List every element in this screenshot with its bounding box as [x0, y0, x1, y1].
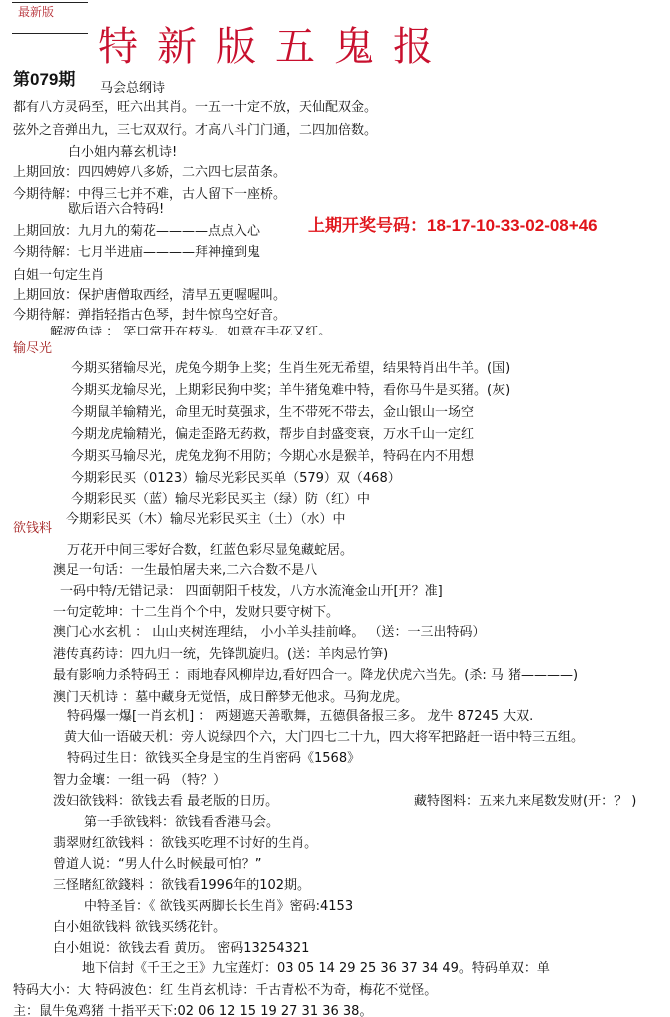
- baijie-current: 今期待解：弹指轻指古色琴，封牛惊鸟空好音。: [13, 309, 286, 322]
- lose-line: 今期彩民买（木）输尽光彩民买主（土）（水）中: [66, 513, 346, 526]
- lose-line: 今期龙虎输精光，偏走歪路无药救，帮步自封盛变衰，万水千山一定红: [71, 428, 474, 441]
- bai-poem-heading: 白小姐内幕玄机诗!: [68, 146, 177, 159]
- money-line: 泼妇欲钱料：欲钱去看 最老版的日历。: [53, 795, 278, 808]
- money-line: 中特圣旨：《 欲钱买两脚长长生肖》密码:4153: [84, 900, 353, 913]
- last-result-numbers: 18-17-10-33-02-08+46: [427, 216, 598, 235]
- money-line: 地下信封《千王之王》九宝莲灯：03 05 14 29 25 36 37 34 4…: [82, 962, 550, 975]
- edition-label: 最新版: [18, 6, 54, 18]
- money-line: 白小姐说：欲钱去看 黄历。 密码13254321: [53, 942, 309, 955]
- money-line: 黄大仙一语破天机：旁人说绿四个六，大门四七二十九，四大将军把路赶一语中特三五组。: [64, 731, 584, 744]
- lose-line: 今期买猪输尽光，虎兔今期争上奖；生肖生死无希望，结果特肖出牛羊。(国): [71, 362, 510, 375]
- money-line: 白小姐欲钱料 欲钱买绣花针。: [53, 921, 226, 934]
- money-line: 澳足一句话：一生最怕屠夫来,二六合数不是八: [53, 564, 317, 577]
- lose-line: 今期买马输尽光，虎兔龙狗不用防；今期心水是猴羊，特码在内不用想: [71, 450, 474, 463]
- money-section-heading: 欲钱料: [13, 522, 52, 535]
- bai-poem-last: 上期回放：四四娉婷八多娇，二六四七层苗条。: [13, 166, 286, 179]
- money-line: 特码大小：大 特码波色：红 生肖玄机诗：千古青松不为奇，梅花不觉怪。: [13, 984, 437, 997]
- money-line: 最有影响力杀特码王 ：雨地春风柳岸边,看好四合一。降龙伏虎六当先。(杀: 马 猪…: [53, 669, 578, 682]
- xiehouyu-last: 上期回放：九月九的菊花————点点入心: [13, 225, 260, 238]
- page-title: 特新版五鬼报: [98, 27, 452, 67]
- poem-line: 弦外之音弹出九，三七双双行。才高八斗门门通，二四加倍数。: [13, 124, 377, 137]
- money-line: 一码中特/无错记录： 四面朝阳千枝发，八方水流淹金山开[开？准]: [60, 585, 443, 598]
- baijie-last: 上期回放：保护唐僧取西经，清早五更喔喔叫。: [13, 289, 286, 302]
- bai-poem-current: 今期待解：中得三七并不难，古人留下一座桥。: [13, 188, 286, 201]
- lose-line: 今期彩民买（0123）输尽光彩民买单（579）双（468）: [71, 472, 401, 485]
- money-line: 特码爆一爆[一肖玄机] ： 两翅遮天善歌舞，五德俱备报三多。 龙牛 87245 …: [67, 710, 533, 723]
- money-side-note: 藏特图料：五来九来尾数发财(开：？ ): [414, 795, 636, 808]
- lose-line: 今期彩民买（蓝）输尽光彩民买主（绿）防（红）中: [71, 493, 370, 506]
- money-line: 港传真药诗：四九归一统，先锋凯旋归。(送：羊肉忌竹笋): [53, 648, 388, 661]
- money-line: 澳门心水玄机 ： 山山夹树连理结， 小小羊头挂前峰。 （送：一三出特码）: [53, 626, 486, 639]
- header-rule: [12, 33, 88, 34]
- money-line: 一句定乾坤：十二生肖个个中，发财只要守树下。: [53, 606, 339, 619]
- subtitle: 马会总纲诗: [100, 82, 165, 95]
- lose-line: 今期鼠羊输精光，命里无时莫强求，生不带死不带去，金山银山一场空: [71, 406, 474, 419]
- money-line: 第一手欲钱料：欲钱看香港马会。: [84, 816, 279, 829]
- lose-line: 今期买龙输尽光，上期彩民狗中奖；羊牛猪兔难中特，看你马牛是买猪。(灰): [71, 384, 510, 397]
- last-result: 上期开奖号码：18-17-10-33-02-08+46: [308, 217, 598, 234]
- baijie-heading: 白姐一句定生肖: [13, 269, 104, 282]
- color-poem: 解波色诗 ： 笑口常开在枝头，如意在手花又红。: [50, 326, 331, 335]
- money-line: 澳门天机诗 ：墓中藏身无觉悟，成日醉梦无他求。马狗龙虎。: [53, 691, 408, 704]
- money-line: 主：鼠牛兔鸡猪 十指平天下:02 06 12 15 19 27 31 36 38…: [13, 1005, 372, 1017]
- poem-line: 都有八方灵码至，旺六出其肖。一五一十定不放，天仙配双金。: [13, 101, 377, 114]
- xiehouyu-heading: 歇后语六合特码!: [68, 203, 164, 216]
- last-result-label: 上期开奖号码：: [308, 216, 427, 235]
- money-line: 翡翠财红欲钱料 ：欲钱买吃理不讨好的生肖。: [53, 837, 317, 850]
- money-line: 特码过生日：欲钱买全身是宝的生肖密码《1568》: [67, 752, 360, 765]
- top-rule: [12, 2, 88, 3]
- money-line: 三怪睹紅欲錢料 ：欲钱看1996年的102期。: [53, 879, 310, 892]
- issue-number: 第079期: [13, 71, 75, 88]
- money-line: 智力金壤：一组一码 （特？）: [53, 774, 226, 787]
- lose-section-heading: 输尽光: [13, 342, 52, 355]
- money-line: 万花开中间三零好合数，红蓝色彩尽显兔藏蛇居。: [67, 544, 353, 557]
- xiehouyu-current: 今期待解：七月半进庙————拜神撞到鬼: [13, 246, 260, 259]
- money-line: 曾道人说：“男人什么时候最可怕？”: [53, 858, 261, 871]
